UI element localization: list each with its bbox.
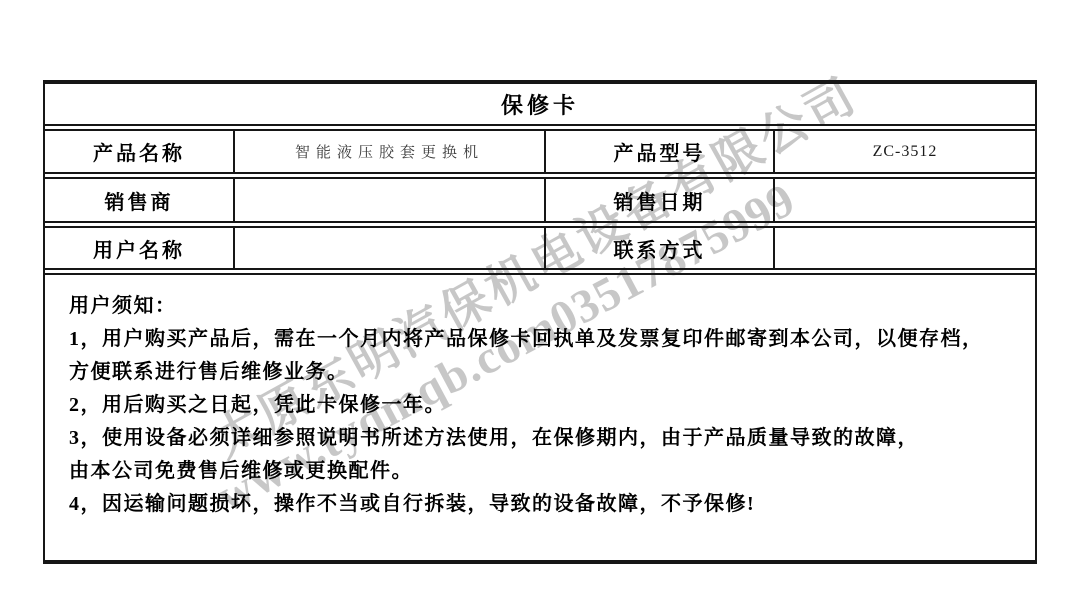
- warranty-card-page: 太原东明汽保机电设备有限公司 www.tydmqb.com03517875999…: [0, 0, 1080, 607]
- sale-date-label: 销售日期: [544, 177, 773, 223]
- seller-value: [233, 177, 544, 223]
- notice-line-5: 由本公司免费售后维修或更换配件。: [69, 455, 413, 488]
- product-model-value: ZC-3512: [773, 129, 1035, 174]
- product-name-label: 产品名称: [45, 129, 233, 174]
- card-title: 保修卡: [45, 82, 1035, 126]
- product-name-value: 智能液压胶套更换机: [233, 129, 544, 174]
- product-model-label: 产品型号: [544, 129, 773, 174]
- notice-line-2: 方便联系进行售后维修业务。: [69, 356, 349, 389]
- warranty-card-grid: 保修卡 产品名称 智能液压胶套更换机 产品型号 ZC-3512 销售商 销售日期…: [45, 82, 1035, 562]
- warranty-card-table: 保修卡 产品名称 智能液压胶套更换机 产品型号 ZC-3512 销售商 销售日期…: [43, 80, 1037, 564]
- sale-date-value: [773, 177, 1035, 223]
- notice-line-4: 3，使用设备必须详细参照说明书所述方法使用，在保修期内，由于产品质量导致的故障，: [69, 422, 919, 455]
- notice-heading: 用户须知：: [69, 290, 177, 323]
- contact-value: [773, 226, 1035, 270]
- user-name-value: [233, 226, 544, 270]
- user-name-label: 用户名称: [45, 226, 233, 270]
- seller-label: 销售商: [45, 177, 233, 223]
- notice-line-6: 4，因运输问题损坏，操作不当或自行拆装，导致的设备故障，不予保修!: [69, 488, 755, 521]
- notice-line-1: 1，用户购买产品后，需在一个月内将产品保修卡回执单及发票复印件邮寄到本公司，以便…: [69, 323, 984, 356]
- contact-label: 联系方式: [544, 226, 773, 270]
- user-notice-section: 用户须知： 1，用户购买产品后，需在一个月内将产品保修卡回执单及发票复印件邮寄到…: [45, 273, 1035, 562]
- notice-line-3: 2，用后购买之日起，凭此卡保修一年。: [69, 389, 446, 422]
